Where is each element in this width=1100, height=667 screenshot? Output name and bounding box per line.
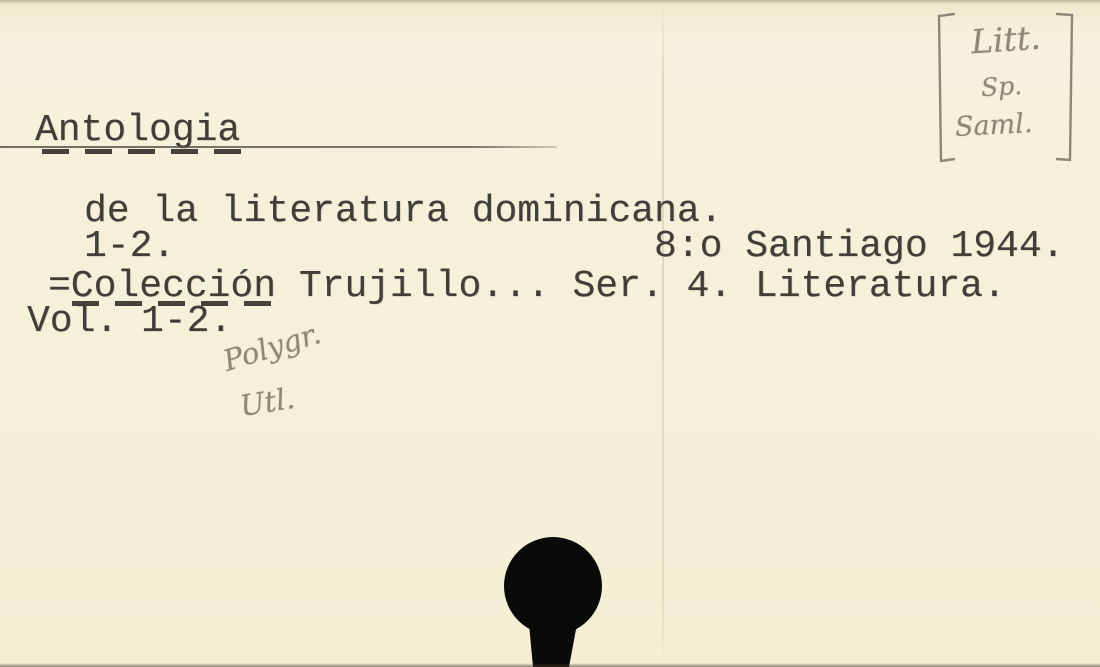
shelf-note-line-3: Saml.	[954, 108, 1033, 143]
shelf-note-line-1: Litt.	[970, 18, 1042, 62]
pencil-note-utl: Utl.	[238, 381, 297, 423]
card-heading: Antologia	[35, 112, 240, 150]
card-bottom-edge	[0, 663, 1100, 667]
heading-underline-dashes	[42, 149, 244, 154]
card-top-edge	[0, 0, 1100, 4]
shelf-note: Litt. Sp. Saml.	[933, 10, 1078, 166]
format-imprint: 8:o Santiago 1944.	[654, 228, 1064, 266]
subtitle-line: de la literatura dominicana.	[84, 193, 723, 231]
bracket-left-icon	[933, 10, 955, 166]
pencil-note-polygr: Polygr.	[219, 316, 324, 378]
heading-rule	[0, 146, 557, 148]
shelf-note-line-2: Sp.	[980, 71, 1023, 102]
punch-hole	[495, 532, 615, 667]
catalog-card: Antologia de la literatura dominicana. 1…	[0, 0, 1100, 667]
volume-note: Vol. 1-2.	[27, 303, 232, 341]
bracket-right-icon	[1056, 10, 1078, 166]
card-crease	[662, 0, 664, 667]
volume-numbers: 1-2.	[84, 228, 175, 266]
